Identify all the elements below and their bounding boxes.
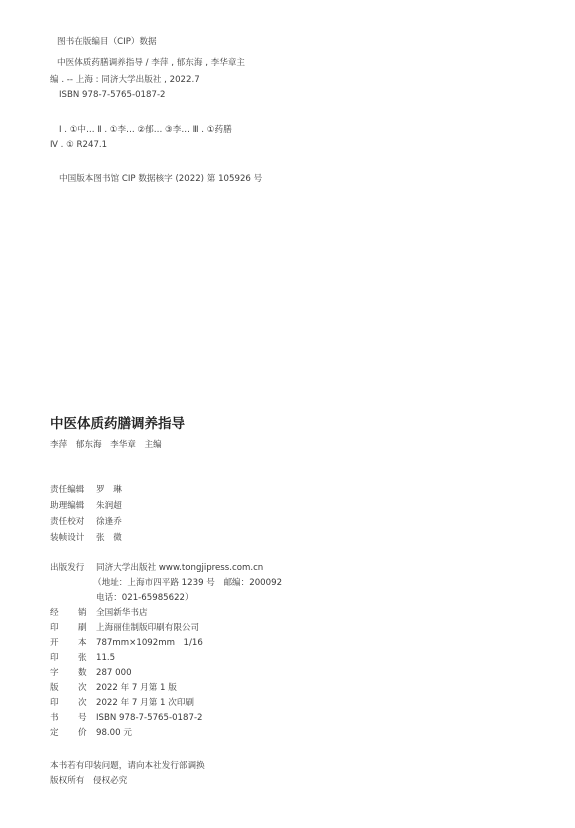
spec-label-char: 本 [78, 636, 87, 648]
staff-row: 助理编辑朱润超 [50, 499, 122, 511]
staff-label: 装帧设计 [50, 531, 96, 543]
staff-value: 朱润超 [96, 499, 122, 511]
cip-isbn: ISBN 978-7-5765-0187-2 [59, 90, 166, 100]
staff-label: 责任校对 [50, 515, 96, 527]
spec-label-char: 印 [50, 651, 78, 663]
spec-row: 印次2022 年 7 月第 1 次印刷 [50, 696, 194, 708]
spec-row: 字数287 000 [50, 666, 132, 678]
spec-label-char: 号 [78, 711, 87, 723]
staff-row: 装帧设计张 微 [50, 531, 122, 543]
spec-row: 开本787mm×1092mm 1/16 [50, 636, 203, 648]
cip-title-line: 中医体质药膳调养指导 / 李萍 , 郁东海 , 李华章主 [57, 56, 245, 68]
spec-row: 经销全国新华书店 [50, 606, 148, 618]
spec-value: 全国新华书店 [96, 606, 148, 618]
staff-label: 助理编辑 [50, 499, 96, 511]
spec-label-char: 价 [78, 726, 87, 738]
print-quality-notice: 本书若有印装问题，请向本社发行部调换 [50, 759, 205, 771]
staff-value: 罗 琳 [96, 483, 122, 495]
staff-row: 责任编辑罗 琳 [50, 483, 122, 495]
spec-value: ISBN 978-7-5765-0187-2 [96, 713, 203, 723]
spec-label-char: 书 [50, 711, 78, 723]
cip-classification-line-2: Ⅳ . ① R247.1 [50, 140, 107, 150]
spec-label-char: 定 [50, 726, 78, 738]
spec-row: 版次2022 年 7 月第 1 版 [50, 681, 177, 693]
spec-value: 2022 年 7 月第 1 次印刷 [96, 696, 194, 708]
spec-row: 印张11.5 [50, 651, 115, 663]
book-title: 中医体质药膳调养指导 [50, 412, 185, 432]
spec-label-char: 刷 [78, 621, 87, 633]
spec-value: 98.00 元 [96, 726, 132, 738]
spec-label-char: 张 [78, 651, 87, 663]
spec-label-char: 印 [50, 621, 78, 633]
copyright-notice: 版权所有 侵权必究 [50, 774, 127, 786]
publisher-label: 出版发行 [50, 561, 96, 573]
cip-record-number: 中国版本图书馆 CIP 数据核字 (2022) 第 105926 号 [59, 172, 262, 184]
staff-row: 责任校对徐逢乔 [50, 515, 122, 527]
spec-value: 787mm×1092mm 1/16 [96, 636, 203, 648]
spec-label-char: 次 [78, 681, 87, 693]
cip-classification-line-1: Ⅰ . ①中… Ⅱ . ①李… ②郁… ③李… Ⅲ . ①药膳 [59, 123, 232, 135]
spec-value: 11.5 [96, 653, 115, 663]
spec-label-char: 经 [50, 606, 78, 618]
spec-label-char: 版 [50, 681, 78, 693]
publisher-address: （地址：上海市四平路 1239 号 邮编：200092 [93, 576, 282, 588]
staff-label: 责任编辑 [50, 483, 96, 495]
book-authors: 李萍 郁东海 李华章 主编 [50, 438, 162, 450]
spec-row: 印刷上海丽佳制版印刷有限公司 [50, 621, 199, 633]
spec-row: 定价98.00 元 [50, 726, 132, 738]
spec-label-char: 次 [78, 696, 87, 708]
cip-heading: 图书在版编目（CIP）数据 [57, 35, 157, 47]
publisher-phone: 电话：021-65985622） [96, 591, 194, 603]
spec-value: 上海丽佳制版印刷有限公司 [96, 621, 199, 633]
spec-label-char: 销 [78, 606, 87, 618]
staff-value: 张 微 [96, 531, 122, 543]
staff-value: 徐逢乔 [96, 515, 122, 527]
spec-value: 287 000 [96, 668, 132, 678]
spec-label-char: 字 [50, 666, 78, 678]
spec-label-char: 印 [50, 696, 78, 708]
publisher-row: 出版发行同济大学出版社 www.tongjipress.com.cn [50, 561, 263, 573]
spec-row: 书号ISBN 978-7-5765-0187-2 [50, 711, 203, 723]
publisher-value: 同济大学出版社 www.tongjipress.com.cn [96, 561, 263, 573]
spec-label-char: 数 [78, 666, 87, 678]
cip-publication-line: 编 . -- 上海 : 同济大学出版社 , 2022.7 [50, 73, 200, 85]
spec-value: 2022 年 7 月第 1 版 [96, 681, 177, 693]
spec-label-char: 开 [50, 636, 78, 648]
